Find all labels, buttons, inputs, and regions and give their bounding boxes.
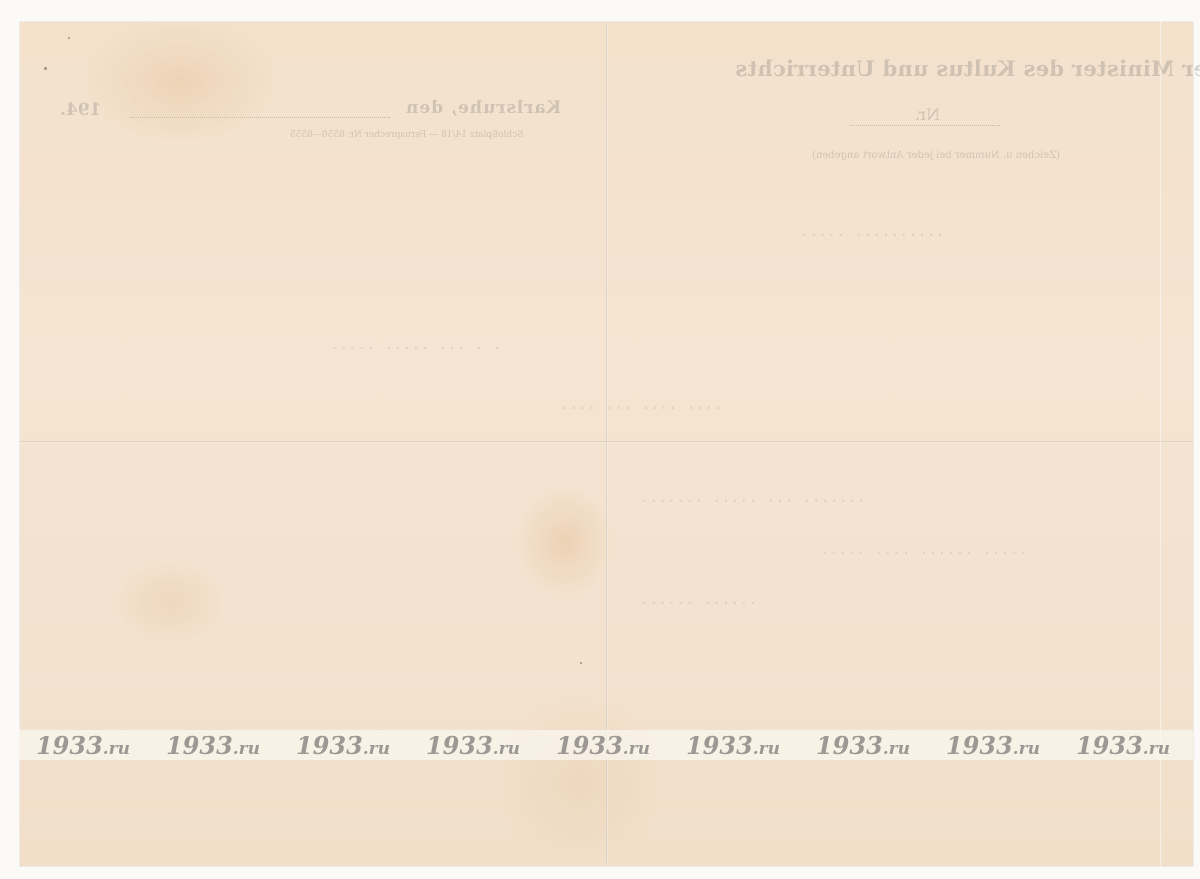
watermark-text: 1933.ru — [408, 731, 538, 760]
date-dotted-line — [130, 117, 390, 118]
paper-speck — [44, 67, 47, 70]
typed-line: .... .... ... .... — [560, 395, 723, 413]
watermark-text: 1933.ru — [538, 731, 668, 760]
paper-speck — [68, 37, 70, 39]
typed-line: ...... ...... — [640, 590, 757, 608]
typed-line: .......... ..... — [800, 222, 945, 240]
horizontal-fold-line — [20, 441, 1193, 443]
watermark-text: 1933.ru — [278, 731, 408, 760]
typed-line: ..... ...... .... ..... — [820, 540, 1028, 558]
reference-dotted-line — [850, 125, 1000, 126]
typed-line: ....... ... ..... ....... — [640, 488, 866, 506]
letterhead-title-showthrough: Der Minister des Kultus und Unterrichts — [735, 56, 1200, 81]
typed-line: . . ... ..... ..... — [330, 335, 502, 353]
reference-label-showthrough: Nr. — [915, 105, 940, 124]
paper-speck — [580, 662, 582, 664]
year-showthrough: 194. — [60, 100, 101, 120]
watermark-text: 1933.ru — [928, 731, 1058, 760]
address-showthrough: Schloßplatz 14/18 — Fernsprecher Nr. 855… — [290, 130, 523, 140]
watermark-text: 1933.ru — [1058, 731, 1188, 760]
reference-hint-showthrough: (Zeichen u. Nummer bei jeder Antwort ang… — [812, 150, 1060, 161]
city-date-showthrough: Karlsruhe, den — [405, 98, 561, 118]
watermark-text: 1933.ru — [18, 731, 148, 760]
watermark-text: 1933.ru — [798, 731, 928, 760]
watermark-text: 1933.ru — [148, 731, 278, 760]
watermark-text: 1933.ru — [668, 731, 798, 760]
watermark-strip: 1933.ru1933.ru1933.ru1933.ru1933.ru1933.… — [18, 730, 1193, 760]
